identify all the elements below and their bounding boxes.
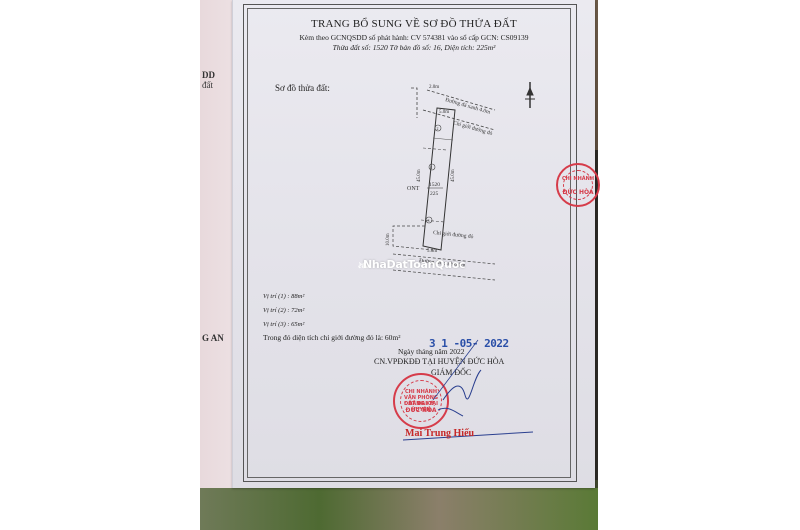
back-page-fragment: G AN — [202, 333, 224, 343]
seal-line: ĐỨC HÒA — [558, 190, 598, 196]
partial-seal: CHI NHÁNH ĐỨC HÒA — [556, 163, 600, 207]
grass-background — [200, 488, 598, 530]
signature — [233, 0, 595, 488]
back-page-fragment: DD — [202, 70, 215, 80]
signer-name: Mai Trung Hiếu — [405, 428, 474, 439]
background-left — [0, 0, 200, 530]
land-plot-document: TRANG BỔ SUNG VỀ SƠ ĐỒ THỬA ĐẤT Kèm theo… — [232, 0, 595, 488]
background-right — [598, 0, 800, 530]
seal-line: CHI NHÁNH — [558, 176, 598, 182]
back-page-fragment: đất — [202, 80, 213, 90]
